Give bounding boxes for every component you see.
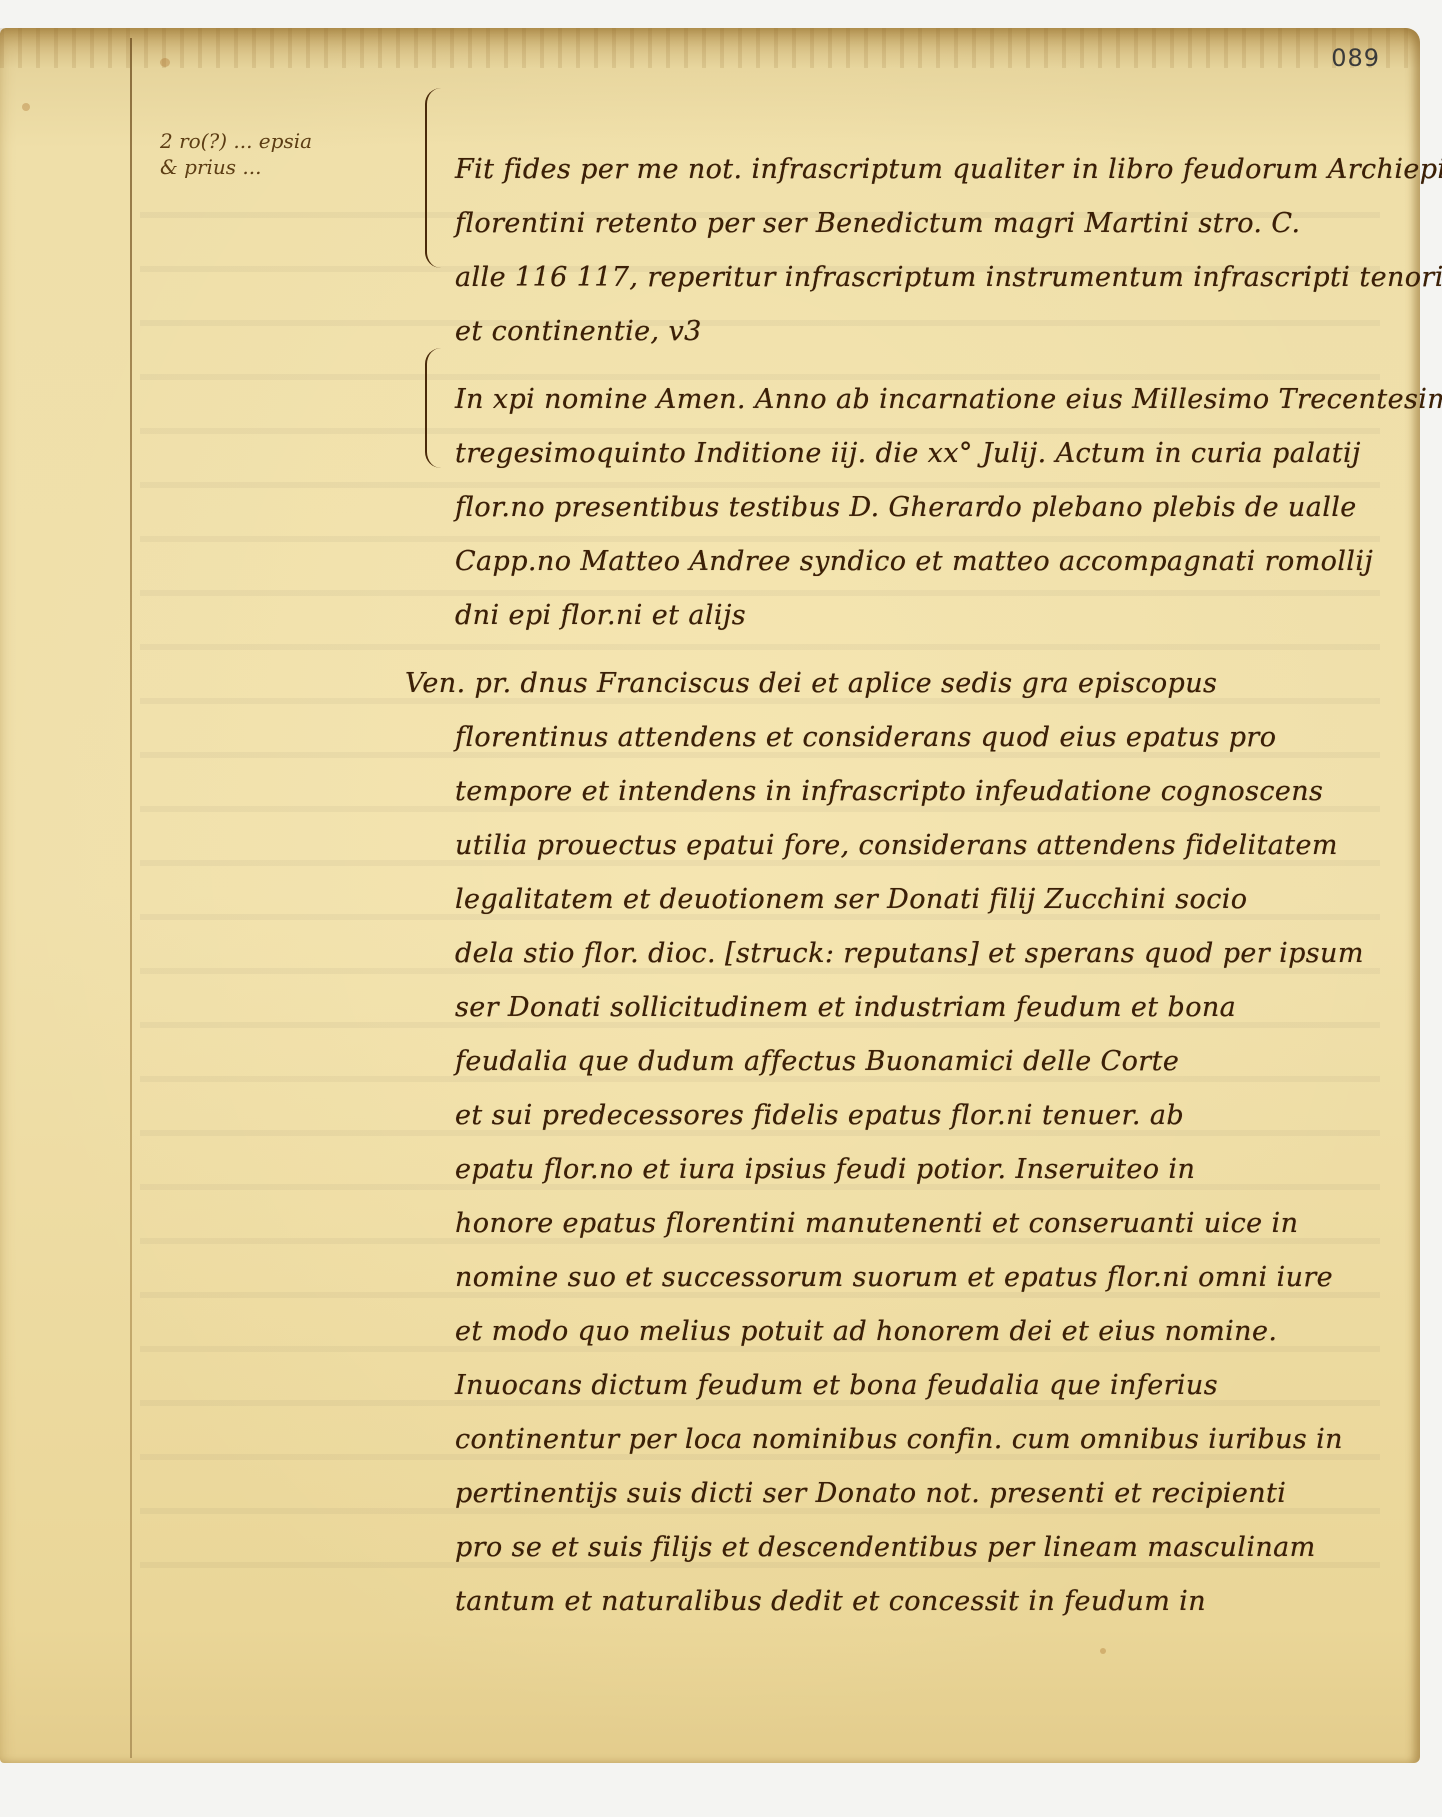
text-line: florentinus attendens et considerans quo… <box>455 711 1375 765</box>
foxing-stain <box>22 103 30 111</box>
foxing-stain <box>160 58 170 67</box>
text-line: dela stio flor. dioc. [struck: reputans]… <box>455 927 1375 981</box>
text-line: et continentie, v3 <box>455 305 1375 359</box>
text-line: Fit fides per me not. infrascriptum qual… <box>455 143 1375 197</box>
manuscript-page: 089 2 ro(?) ... epsia & prius ... Fit fi… <box>0 28 1420 1763</box>
text-line: flor.no presentibus testibus D. Gherardo… <box>455 481 1375 535</box>
text-line: Inuocans dictum feudum et bona feudalia … <box>455 1359 1375 1413</box>
text-line: feudalia que dudum affectus Buonamici de… <box>455 1035 1375 1089</box>
margin-annotation: 2 ro(?) ... epsia & prius ... <box>160 128 370 180</box>
text-line: tantum et naturalibus dedit et concessit… <box>455 1575 1375 1629</box>
text-line: In xpi nomine Amen. Anno ab incarnatione… <box>455 373 1375 427</box>
text-line: utilia prouectus epatui fore, consideran… <box>455 819 1375 873</box>
text-line: tregesimoquinto Inditione iij. die xx° J… <box>455 427 1375 481</box>
paragraph-bracket <box>425 348 441 468</box>
margin-note-line: 2 ro(?) ... epsia <box>160 128 370 154</box>
paragraph-bracket <box>425 88 441 268</box>
text-line: epatu flor.no et iura ipsius feudi potio… <box>455 1143 1375 1197</box>
text-line: tempore et intendens in infrascripto inf… <box>455 765 1375 819</box>
margin-note-line: & prius ... <box>160 154 370 180</box>
text-line: ser Donati sollicitudinem et industriam … <box>455 981 1375 1035</box>
text-line: Ven. pr. dnus Franciscus dei et aplice s… <box>405 657 1375 711</box>
text-line: nomine suo et successorum suorum et epat… <box>455 1251 1375 1305</box>
text-line: Capp.no Matteo Andree syndico et matteo … <box>455 535 1375 589</box>
text-line: et sui predecessores fidelis epatus flor… <box>455 1089 1375 1143</box>
manuscript-text: Fit fides per me not. infrascriptum qual… <box>455 143 1375 1629</box>
text-line: et modo quo melius potuit ad honorem dei… <box>455 1305 1375 1359</box>
text-line: florentini retento per ser Benedictum ma… <box>455 197 1375 251</box>
text-line: dni epi flor.ni et alijs <box>455 589 1375 643</box>
folio-number: 089 <box>1331 44 1380 72</box>
text-line: pertinentijs suis dicti ser Donato not. … <box>455 1467 1375 1521</box>
binding-fold-line <box>130 38 132 1758</box>
page-top-edge <box>0 28 1420 68</box>
text-line: honore epatus florentini manutenenti et … <box>455 1197 1375 1251</box>
text-line: continentur per loca nominibus confin. c… <box>455 1413 1375 1467</box>
text-line: pro se et suis filijs et descendentibus … <box>455 1521 1375 1575</box>
text-line: alle 116 117, reperitur infrascriptum in… <box>455 251 1375 305</box>
text-line: legalitatem et deuotionem ser Donati fil… <box>455 873 1375 927</box>
foxing-stain <box>1100 1648 1106 1654</box>
